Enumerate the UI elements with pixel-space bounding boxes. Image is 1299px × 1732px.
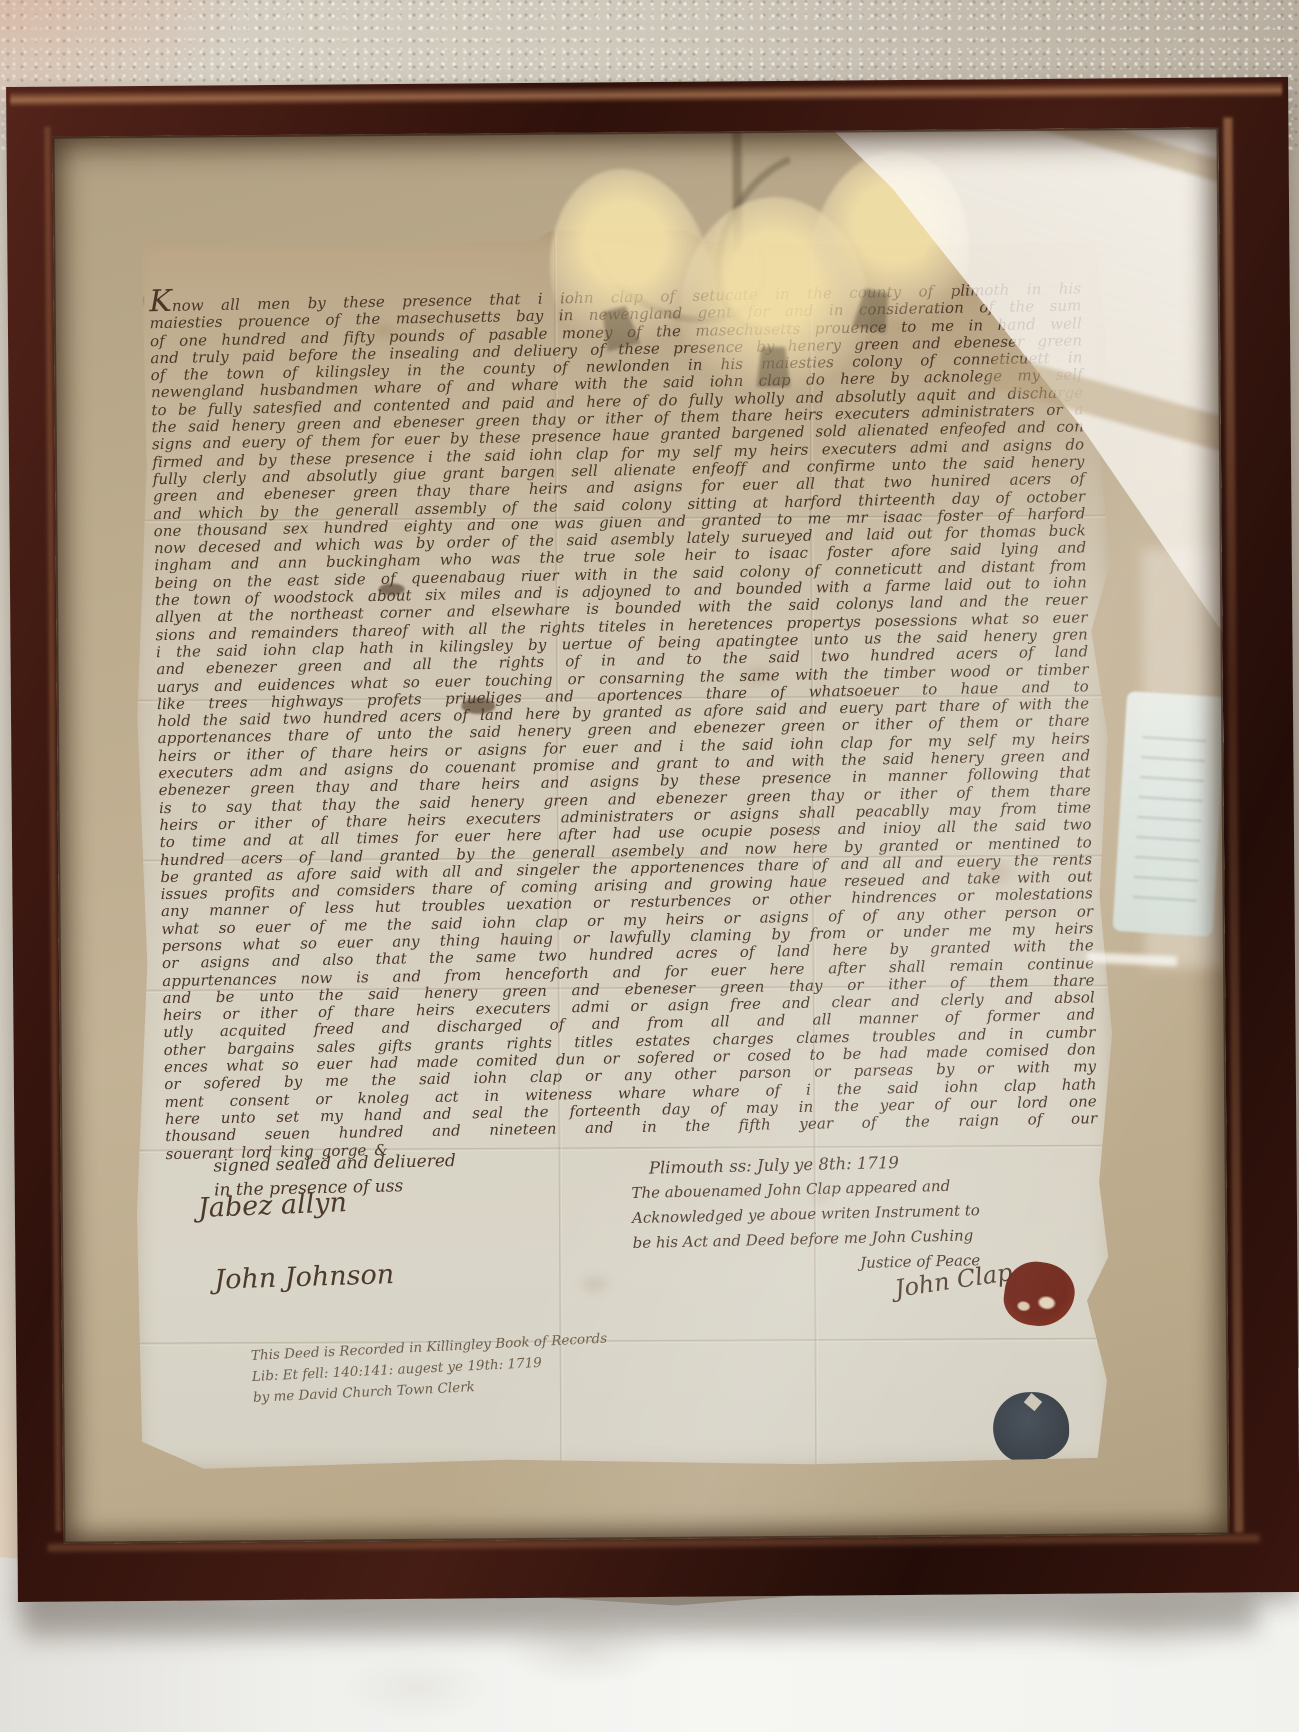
frame-glass-area: Know all men by these presence that i io…: [52, 128, 1229, 1544]
acknowledgment-lines: The abouenamed John Clap appeared andAck…: [631, 1171, 1073, 1256]
frame-highlight-top: [10, 82, 1282, 107]
reflected-label-glare: [1112, 691, 1227, 937]
deed-paper: Know all men by these presence that i io…: [129, 228, 1115, 1473]
glass-glare-right-edge: [1142, 548, 1225, 969]
ink-blot: [131, 293, 143, 309]
deed-body-text: Know all men by these presence that i io…: [149, 275, 1098, 1163]
photo-of-framed-deed: Know all men by these presence that i io…: [0, 0, 1299, 1732]
picture-frame: Know all men by these presence that i io…: [6, 77, 1299, 1602]
frame-shadow: [22, 1595, 1257, 1639]
chandelier-stem-reflection: [732, 131, 742, 251]
ink-blot: [129, 335, 139, 349]
dark-seal-blot: [993, 1392, 1069, 1462]
glass-glare-band: [976, 128, 1229, 202]
witness-signature-jabez-allyn: Jabez allyn: [197, 1187, 347, 1224]
witness-signature-john-johnson: John Johnson: [214, 1259, 395, 1296]
